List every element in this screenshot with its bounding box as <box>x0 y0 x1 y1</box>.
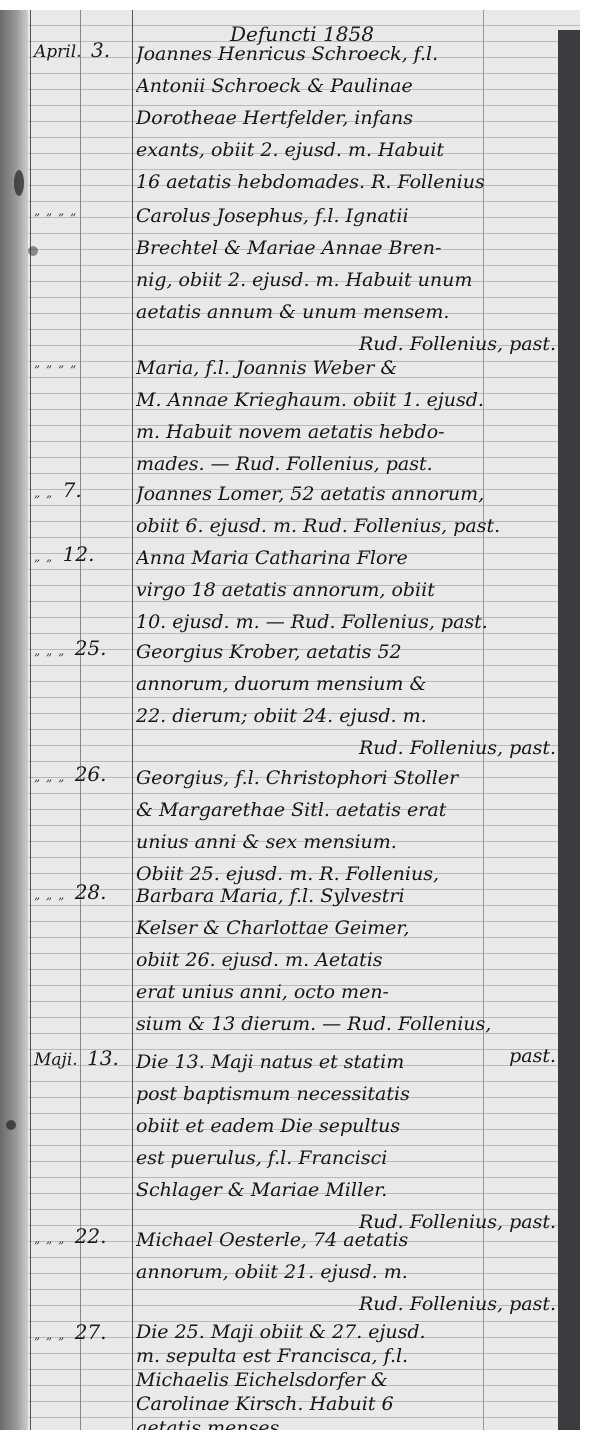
entry-text: Joannes Lomer, 52 aetatis annorum, obiit… <box>136 478 566 542</box>
entry-text: Die 25. Maji obiit & 27. ejusd. m. sepul… <box>136 1320 566 1430</box>
ditto-marks: „ „ „ „ <box>34 204 77 218</box>
entry-text: Die 13. Maji natus et statim post baptis… <box>136 1046 566 1238</box>
entry-line: post baptismum necessitatis <box>136 1078 566 1110</box>
scan-edge-shadow <box>558 30 580 1430</box>
register-scan: Defuncti 1858 April. 3. Joannes Henricus… <box>0 10 580 1430</box>
entry-line: Die 25. Maji obiit & 27. ejusd. <box>136 1320 566 1344</box>
entry-line: Brechtel & Mariae Annae Bren- <box>136 232 566 264</box>
entry-line: Carolus Josephus, f.l. Ignatii <box>136 200 566 232</box>
entry-line: erat unius anni, octo men- <box>136 976 566 1008</box>
entry-day: 13. <box>87 1046 119 1070</box>
entry-line: Dorotheae Hertfelder, infans <box>136 102 566 134</box>
entry-date: „ „ „ „ <box>34 200 132 220</box>
margin-rule-3 <box>132 10 133 1430</box>
entry-line: obiit et eadem Die sepultus <box>136 1110 566 1142</box>
entry-signature: Rud. Follenius, past. <box>136 732 566 764</box>
entry-day: 22. <box>75 1224 107 1248</box>
entry-line: Barbara Maria, f.l. Sylvestri <box>136 880 566 912</box>
entry-date: April. 3. <box>34 38 132 62</box>
entry-line: & Margarethae Sitl. aetatis erat <box>136 794 566 826</box>
entry-line: 10. ejusd. m. — Rud. Follenius, past. <box>136 606 566 638</box>
entry-line: exants, obiit 2. ejusd. m. Habuit <box>136 134 566 166</box>
entry-day: 7. <box>63 478 82 502</box>
ditto-marks: „ „ „ <box>34 644 65 658</box>
entry-line: sium & 13 dierum. — Rud. Follenius, <box>136 1008 566 1040</box>
ditto-marks: „ „ „ <box>34 1328 65 1342</box>
ditto-marks: „ „ „ <box>34 770 65 784</box>
ditto-marks: „ „ „ „ <box>34 356 77 370</box>
margin-rule-1 <box>30 10 31 1430</box>
entry-line: aetatis menses. <box>136 1416 566 1430</box>
entry-line: Schlager & Mariae Miller. <box>136 1174 566 1206</box>
ditto-marks: „ „ <box>34 550 53 564</box>
entry-date: „ „ „ „ <box>34 352 132 372</box>
entry-text: Michael Oesterle, 74 aetatis annorum, ob… <box>136 1224 566 1320</box>
entry-line: annorum, duorum mensium & <box>136 668 566 700</box>
entry-date: „ „ „ 27. <box>34 1320 132 1344</box>
entry-line: Joannes Lomer, 52 aetatis annorum, <box>136 478 566 510</box>
entry-line: Kelser & Charlottae Geimer, <box>136 912 566 944</box>
entry-date: „ „ 7. <box>34 478 132 502</box>
entry-text: Carolus Josephus, f.l. Ignatii Brechtel … <box>136 200 566 360</box>
entry-date: „ „ 12. <box>34 542 132 566</box>
ditto-marks: „ „ <box>34 486 53 500</box>
entry-line: Anna Maria Catharina Flore <box>136 542 566 574</box>
entry-line: est puerulus, f.l. Francisci <box>136 1142 566 1174</box>
entry-line: m. sepulta est Francisca, f.l. <box>136 1344 566 1368</box>
entry-signature: Rud. Follenius, past. <box>136 1288 566 1320</box>
entry-line: Carolinae Kirsch. Habuit 6 <box>136 1392 566 1416</box>
entry-text: Barbara Maria, f.l. Sylvestri Kelser & C… <box>136 880 566 1072</box>
entry-day: 28. <box>75 880 107 904</box>
entry-text: Maria, f.l. Joannis Weber & M. Annae Kri… <box>136 352 566 480</box>
entry-date: „ „ „ 26. <box>34 762 132 786</box>
entry-line: Michael Oesterle, 74 aetatis <box>136 1224 566 1256</box>
entry-day: 3. <box>91 38 110 62</box>
ink-stain <box>14 170 24 196</box>
entry-line: Maria, f.l. Joannis Weber & <box>136 352 566 384</box>
entry-line: mades. — Rud. Follenius, past. <box>136 448 566 480</box>
entry-line: virgo 18 aetatis annorum, obiit <box>136 574 566 606</box>
entry-date: „ „ „ 22. <box>34 1224 132 1248</box>
entry-line: m. Habuit novem aetatis hebdo- <box>136 416 566 448</box>
entry-text: Anna Maria Catharina Flore virgo 18 aeta… <box>136 542 566 638</box>
ink-stain <box>6 1120 16 1130</box>
entry-line: nig, obiit 2. ejusd. m. Habuit unum <box>136 264 566 296</box>
entry-month: Maji. <box>34 1050 78 1070</box>
ink-stain <box>28 246 38 256</box>
entry-date: „ „ „ 25. <box>34 636 132 660</box>
entry-line: unius anni & sex mensium. <box>136 826 566 858</box>
entry-line: 22. dierum; obiit 24. ejusd. m. <box>136 700 566 732</box>
ditto-marks: „ „ „ <box>34 888 65 902</box>
entry-line: Georgius Krober, aetatis 52 <box>136 636 566 668</box>
entry-line: Georgius, f.l. Christophori Stoller <box>136 762 566 794</box>
entry-day: 25. <box>75 636 107 660</box>
entry-text: Joannes Henricus Schroeck, f.l. Antonii … <box>136 38 566 198</box>
entry-line: 16 aetatis hebdomades. R. Follenius <box>136 166 566 198</box>
ditto-marks: „ „ „ <box>34 1232 65 1246</box>
entry-date: Maji. 13. <box>34 1046 132 1070</box>
margin-rule-2 <box>80 10 81 1430</box>
entry-day: 26. <box>75 762 107 786</box>
entry-text: Georgius, f.l. Christophori Stoller & Ma… <box>136 762 566 890</box>
entry-line: M. Annae Krieghaum. obiit 1. ejusd. <box>136 384 566 416</box>
entry-text: Georgius Krober, aetatis 52 annorum, duo… <box>136 636 566 764</box>
binding-shadow <box>0 10 28 1430</box>
entry-day: 12. <box>63 542 95 566</box>
entry-line: obiit 26. ejusd. m. Aetatis <box>136 944 566 976</box>
entry-line: Antonii Schroeck & Paulinae <box>136 70 566 102</box>
entry-line: Michaelis Eichelsdorfer & <box>136 1368 566 1392</box>
scanned-page: Defuncti 1858 April. 3. Joannes Henricus… <box>0 0 600 1443</box>
entry-line: Die 13. Maji natus et statim <box>136 1046 566 1078</box>
entry-line: obiit 6. ejusd. m. Rud. Follenius, past. <box>136 510 566 542</box>
entry-day: 27. <box>75 1320 107 1344</box>
entry-line: annorum, obiit 21. ejusd. m. <box>136 1256 566 1288</box>
entry-line: Joannes Henricus Schroeck, f.l. <box>136 38 566 70</box>
entry-month: April. <box>34 42 82 62</box>
entry-line: aetatis annum & unum mensem. <box>136 296 566 328</box>
entry-date: „ „ „ 28. <box>34 880 132 904</box>
